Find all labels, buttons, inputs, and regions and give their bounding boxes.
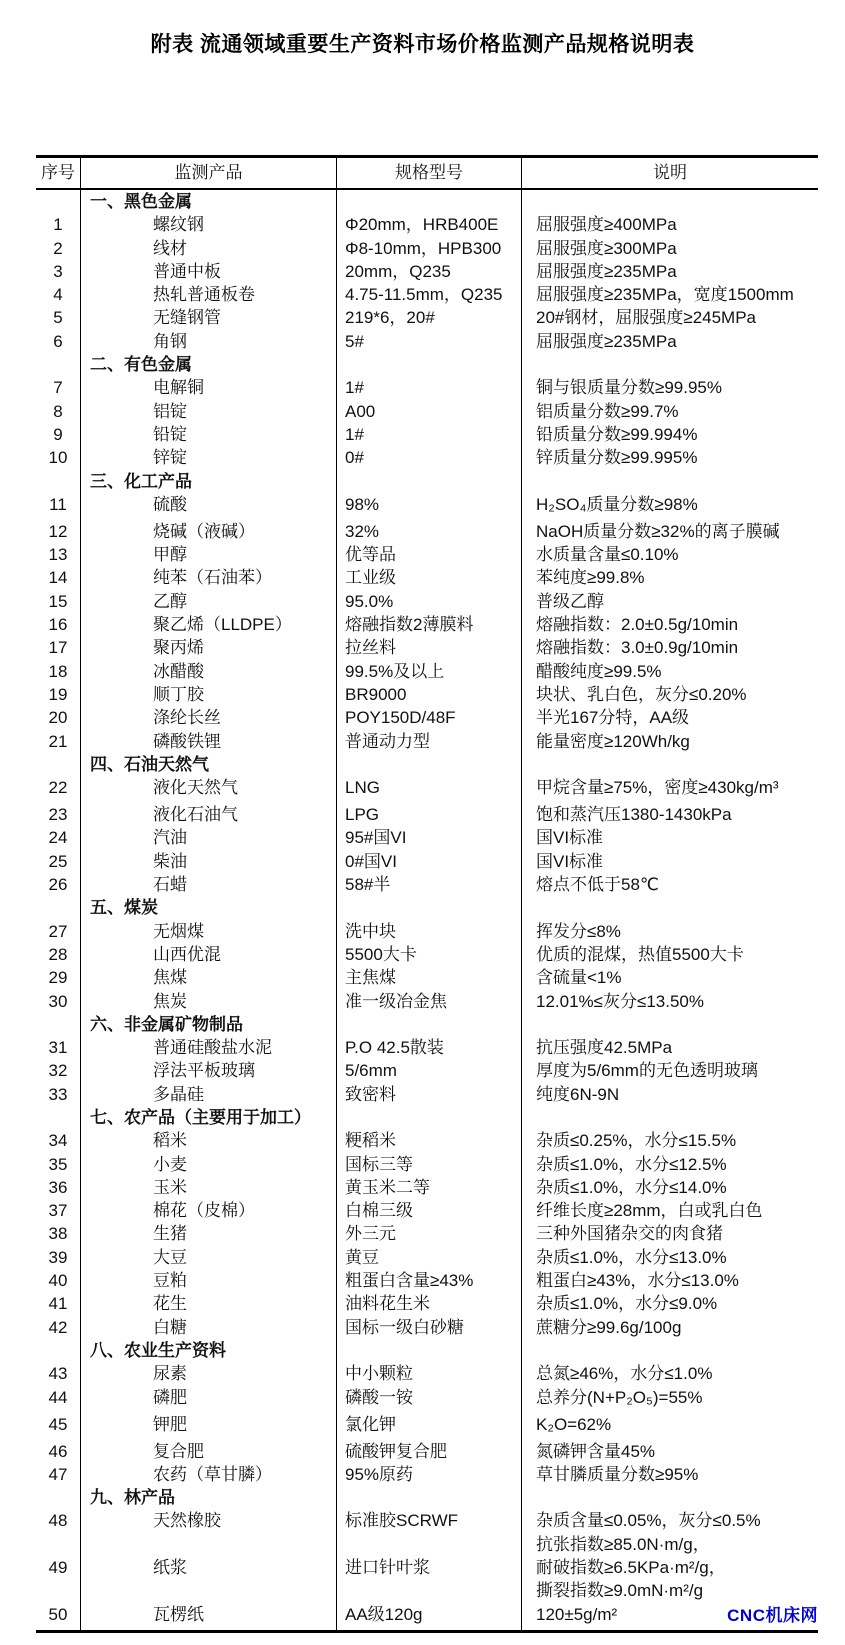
table-row: 21 磷酸铁锂 普通动力型 能量密度≥120Wh/kg <box>36 730 818 753</box>
row-product: 纯苯（石油苯） <box>81 566 337 589</box>
row-product: 聚乙烯（LLDPE） <box>81 613 337 636</box>
section-row: 三、化工产品 <box>36 470 818 493</box>
row-desc: 总养分(N+P₂O₅)=55% <box>522 1386 818 1413</box>
row-desc: 屈服强度≥400MPa <box>522 213 818 236</box>
row-desc: 优质的混煤，热值5500大卡 <box>522 943 818 966</box>
row-desc: 抗压强度42.5MPa <box>522 1036 818 1059</box>
row-number: 22 <box>36 776 81 803</box>
row-number: 34 <box>36 1129 81 1152</box>
row-desc: NaOH质量分数≥32%的离子膜碱 <box>522 520 818 543</box>
row-desc <box>522 190 818 213</box>
row-product: 白糖 <box>81 1316 337 1339</box>
row-spec: 5500大卡 <box>337 943 522 966</box>
table-row: 22 液化天然气 LNG 甲烷含量≥75%，密度≥430kg/m³ <box>36 776 818 803</box>
row-desc: 锌质量分数≥99.995% <box>522 446 818 469</box>
row-product: 无烟煤 <box>81 920 337 943</box>
row-desc <box>522 896 818 919</box>
section-row: 六、非金属矿物制品 <box>36 1013 818 1036</box>
row-product: 螺纹钢 <box>81 213 337 236</box>
row-desc: 屈服强度≥235MPa <box>522 330 818 353</box>
row-number <box>36 353 81 376</box>
section-row: 七、农产品（主要用于加工） <box>36 1106 818 1129</box>
row-number: 50 <box>36 1603 81 1630</box>
row-desc: 块状、乳白色，灰分≤0.20% <box>522 683 818 706</box>
row-product: 角钢 <box>81 330 337 353</box>
row-number: 44 <box>36 1386 81 1413</box>
table-row: 41 花生 油料花生米 杂质≤1.0%，水分≤9.0% <box>36 1292 818 1315</box>
row-number: 23 <box>36 803 81 826</box>
row-spec: 普通动力型 <box>337 730 522 753</box>
row-product: 硫酸 <box>81 493 337 520</box>
table-row: 15 乙醇 95.0% 普级乙醇 <box>36 590 818 613</box>
row-spec: 95#国VI <box>337 826 522 849</box>
row-desc: 铝质量分数≥99.7% <box>522 400 818 423</box>
row-number: 5 <box>36 306 81 329</box>
watermark: CNC机床网 <box>727 1601 818 1626</box>
row-desc: 苯纯度≥99.8% <box>522 566 818 589</box>
section-row: 二、有色金属 <box>36 353 818 376</box>
row-product: 纸浆 <box>81 1556 337 1603</box>
row-number: 35 <box>36 1153 81 1176</box>
row-product: 普通硅酸盐水泥 <box>81 1036 337 1059</box>
row-product: 普通中板 <box>81 260 337 283</box>
row-desc: 屈服强度≥235MPa <box>522 260 818 283</box>
row-desc: 水质量含量≤0.10% <box>522 543 818 566</box>
row-spec: 1# <box>337 376 522 399</box>
table-row: 34 稻米 粳稻米 杂质≤0.25%，水分≤15.5% <box>36 1129 818 1152</box>
row-desc: 醋酸纯度≥99.5% <box>522 660 818 683</box>
row-number: 15 <box>36 590 81 613</box>
row-desc: 耐破指数≥6.5KPa·m²/g， 撕裂指数≥9.0mN·m²/g <box>522 1556 818 1603</box>
row-desc: 饱和蒸汽压1380-1430kPa <box>522 803 818 826</box>
row-number: 33 <box>36 1083 81 1106</box>
row-number: 17 <box>36 636 81 659</box>
table-row: 36 玉米 黄玉米二等 杂质≤1.0%，水分≤14.0% <box>36 1176 818 1199</box>
table-row: 1 螺纹钢 Φ20mm，HRB400E 屈服强度≥400MPa <box>36 213 818 236</box>
row-spec: LNG <box>337 776 522 803</box>
row-number: 39 <box>36 1246 81 1269</box>
row-number: 1 <box>36 213 81 236</box>
row-spec: 0# <box>337 446 522 469</box>
row-spec: 中小颗粒 <box>337 1362 522 1385</box>
row-number: 24 <box>36 826 81 849</box>
row-spec: 主焦煤 <box>337 966 522 989</box>
row-product: 四、石油天然气 <box>81 753 337 776</box>
col-header-no: 序号 <box>36 158 81 188</box>
row-desc <box>522 1339 818 1362</box>
row-number: 16 <box>36 613 81 636</box>
table-row: 2 线材 Φ8-10mm，HPB300 屈服强度≥300MPa <box>36 237 818 260</box>
row-spec <box>337 1106 522 1129</box>
row-spec: 拉丝料 <box>337 636 522 659</box>
row-desc: 杂质≤1.0%，水分≤13.0% <box>522 1246 818 1269</box>
table-header-row: 序号 监测产品 规格型号 说明 <box>36 158 818 190</box>
row-number: 19 <box>36 683 81 706</box>
row-spec: 国标三等 <box>337 1153 522 1176</box>
row-number: 49 <box>36 1556 81 1603</box>
row-number: 45 <box>36 1413 81 1440</box>
table-row: 13 甲醇 优等品 水质量含量≤0.10% <box>36 543 818 566</box>
row-product: 生猪 <box>81 1222 337 1245</box>
table-row: 17 聚丙烯 拉丝料 熔融指数：3.0±0.9g/10min <box>36 636 818 659</box>
row-number: 26 <box>36 873 81 896</box>
row-desc <box>522 1013 818 1036</box>
row-number <box>36 1486 81 1509</box>
table-row: 23 液化石油气 LPG 饱和蒸汽压1380-1430kPa <box>36 803 818 826</box>
row-product: 八、农业生产资料 <box>81 1339 337 1362</box>
row-spec: 1# <box>337 423 522 446</box>
row-spec: 氯化钾 <box>337 1413 522 1440</box>
row-desc: 屈服强度≥300MPa <box>522 237 818 260</box>
document-page: 附表 流通领域重要生产资料市场价格监测产品规格说明表 序号 监测产品 规格型号 … <box>0 0 845 1645</box>
row-product: 多晶硅 <box>81 1083 337 1106</box>
row-desc <box>522 1486 818 1509</box>
table-row: 20 涤纶长丝 POY150D/48F 半光167分特，AA级 <box>36 706 818 729</box>
row-spec: P.O 42.5散装 <box>337 1036 522 1059</box>
row-number <box>36 896 81 919</box>
table-row: 30 焦炭 准一级冶金焦 12.01%≤灰分≤13.50% <box>36 990 818 1013</box>
table-row: 9 铅锭 1# 铅质量分数≥99.994% <box>36 423 818 446</box>
row-desc: 纤维长度≥28mm，白或乳白色 <box>522 1199 818 1222</box>
row-number: 46 <box>36 1440 81 1463</box>
table-body: 一、黑色金属 1 螺纹钢 Φ20mm，HRB400E 屈服强度≥400MPa 2… <box>36 190 818 1630</box>
row-spec: A00 <box>337 400 522 423</box>
row-product: 焦炭 <box>81 990 337 1013</box>
table-row: 47 农药（草甘膦） 95%原药 草甘膦质量分数≥95% <box>36 1463 818 1486</box>
row-spec: 4.75-11.5mm，Q235 <box>337 283 522 306</box>
row-spec: Φ20mm，HRB400E <box>337 213 522 236</box>
row-number: 10 <box>36 446 81 469</box>
row-spec <box>337 353 522 376</box>
row-number: 40 <box>36 1269 81 1292</box>
row-product: 无缝钢管 <box>81 306 337 329</box>
col-header-product: 监测产品 <box>81 158 337 188</box>
row-number: 14 <box>36 566 81 589</box>
row-product: 天然橡胶 <box>81 1509 337 1556</box>
row-product: 电解铜 <box>81 376 337 399</box>
row-number: 43 <box>36 1362 81 1385</box>
row-desc: 甲烷含量≥75%，密度≥430kg/m³ <box>522 776 818 803</box>
row-spec: 5# <box>337 330 522 353</box>
table-row: 5 无缝钢管 219*6，20# 20#钢材，屈服强度≥245MPa <box>36 306 818 329</box>
row-number <box>36 753 81 776</box>
row-number: 36 <box>36 1176 81 1199</box>
row-number: 21 <box>36 730 81 753</box>
row-desc: 杂质≤1.0%，水分≤12.5% <box>522 1153 818 1176</box>
row-product: 瓦楞纸 <box>81 1603 337 1630</box>
row-number: 8 <box>36 400 81 423</box>
table-row: 39 大豆 黄豆 杂质≤1.0%，水分≤13.0% <box>36 1246 818 1269</box>
row-number <box>36 1339 81 1362</box>
row-spec: 95%原药 <box>337 1463 522 1486</box>
row-number: 30 <box>36 990 81 1013</box>
table-row: 45 钾肥 氯化钾 K₂O=62% <box>36 1413 818 1440</box>
row-product: 涤纶长丝 <box>81 706 337 729</box>
table-row: 24 汽油 95#国VI 国VI标准 <box>36 826 818 849</box>
table-row: 49 纸浆 进口针叶浆 耐破指数≥6.5KPa·m²/g， 撕裂指数≥9.0mN… <box>36 1556 818 1603</box>
row-number: 11 <box>36 493 81 520</box>
row-number: 6 <box>36 330 81 353</box>
row-number: 42 <box>36 1316 81 1339</box>
table-row: 42 白糖 国标一级白砂糖 蔗糖分≥99.6g/100g <box>36 1316 818 1339</box>
col-header-desc: 说明 <box>522 158 818 188</box>
row-desc: 草甘膦质量分数≥95% <box>522 1463 818 1486</box>
table-row: 7 电解铜 1# 铜与银质量分数≥99.95% <box>36 376 818 399</box>
row-spec: 工业级 <box>337 566 522 589</box>
table-row: 26 石蜡 58#半 熔点不低于58℃ <box>36 873 818 896</box>
row-spec: 20mm，Q235 <box>337 260 522 283</box>
row-spec: 黄玉米二等 <box>337 1176 522 1199</box>
table-row: 35 小麦 国标三等 杂质≤1.0%，水分≤12.5% <box>36 1153 818 1176</box>
row-product: 冰醋酸 <box>81 660 337 683</box>
row-number: 28 <box>36 943 81 966</box>
row-product: 烧碱（液碱） <box>81 520 337 543</box>
row-spec <box>337 470 522 493</box>
row-product: 花生 <box>81 1292 337 1315</box>
row-number: 12 <box>36 520 81 543</box>
row-spec <box>337 1486 522 1509</box>
row-spec: 白棉三级 <box>337 1199 522 1222</box>
table-row: 4 热轧普通板卷 4.75-11.5mm，Q235 屈服强度≥235MPa，宽度… <box>36 283 818 306</box>
table-row: 28 山西优混 5500大卡 优质的混煤，热值5500大卡 <box>36 943 818 966</box>
row-number: 31 <box>36 1036 81 1059</box>
row-spec: AA级120g <box>337 1603 522 1630</box>
table-row: 48 天然橡胶 标准胶SCRWF 杂质含量≤0.05%，灰分≤0.5% 抗张指数… <box>36 1509 818 1556</box>
row-spec: LPG <box>337 803 522 826</box>
row-desc: 能量密度≥120Wh/kg <box>522 730 818 753</box>
row-product: 铅锭 <box>81 423 337 446</box>
section-row: 四、石油天然气 <box>36 753 818 776</box>
row-spec: Φ8-10mm，HPB300 <box>337 237 522 260</box>
row-number: 7 <box>36 376 81 399</box>
row-product: 五、煤炭 <box>81 896 337 919</box>
row-desc: 杂质≤0.25%，水分≤15.5% <box>522 1129 818 1152</box>
row-spec: 致密料 <box>337 1083 522 1106</box>
row-product: 钾肥 <box>81 1413 337 1440</box>
row-desc: 含硫量<1% <box>522 966 818 989</box>
table-row: 31 普通硅酸盐水泥 P.O 42.5散装 抗压强度42.5MPa <box>36 1036 818 1059</box>
row-product: 锌锭 <box>81 446 337 469</box>
row-spec: 进口针叶浆 <box>337 1556 522 1603</box>
section-row: 五、煤炭 <box>36 896 818 919</box>
row-product: 铝锭 <box>81 400 337 423</box>
table-row: 10 锌锭 0# 锌质量分数≥99.995% <box>36 446 818 469</box>
table-row: 16 聚乙烯（LLDPE） 熔融指数2薄膜料 熔融指数：2.0±0.5g/10m… <box>36 613 818 636</box>
row-desc: K₂O=62% <box>522 1413 818 1440</box>
row-spec: 5/6mm <box>337 1059 522 1082</box>
row-desc: 氮磷钾含量45% <box>522 1440 818 1463</box>
row-spec <box>337 1339 522 1362</box>
table-row: 8 铝锭 A00 铝质量分数≥99.7% <box>36 400 818 423</box>
row-product: 石蜡 <box>81 873 337 896</box>
row-product: 小麦 <box>81 1153 337 1176</box>
row-number: 41 <box>36 1292 81 1315</box>
row-desc: 三种外国猪杂交的肉食猪 <box>522 1222 818 1245</box>
row-product: 山西优混 <box>81 943 337 966</box>
row-product: 浮法平板玻璃 <box>81 1059 337 1082</box>
row-product: 顺丁胶 <box>81 683 337 706</box>
row-desc: 熔点不低于58℃ <box>522 873 818 896</box>
row-product: 六、非金属矿物制品 <box>81 1013 337 1036</box>
row-desc <box>522 1106 818 1129</box>
table-row: 44 磷肥 磷酸一铵 总养分(N+P₂O₅)=55% <box>36 1386 818 1413</box>
row-desc: 熔融指数：2.0±0.5g/10min <box>522 613 818 636</box>
table-row: 29 焦煤 主焦煤 含硫量<1% <box>36 966 818 989</box>
table-row: 40 豆粕 粗蛋白含量≥43% 粗蛋白≥43%，水分≤13.0% <box>36 1269 818 1292</box>
row-spec: 熔融指数2薄膜料 <box>337 613 522 636</box>
row-product: 玉米 <box>81 1176 337 1199</box>
row-spec: BR9000 <box>337 683 522 706</box>
spec-table: 序号 监测产品 规格型号 说明 一、黑色金属 1 螺纹钢 Φ20mm，HRB40… <box>36 155 818 1633</box>
row-product: 一、黑色金属 <box>81 190 337 213</box>
table-row: 37 棉花（皮棉） 白棉三级 纤维长度≥28mm，白或乳白色 <box>36 1199 818 1222</box>
row-product: 聚丙烯 <box>81 636 337 659</box>
row-product: 大豆 <box>81 1246 337 1269</box>
row-spec: 粳稻米 <box>337 1129 522 1152</box>
row-number: 2 <box>36 237 81 260</box>
row-number: 37 <box>36 1199 81 1222</box>
row-product: 稻米 <box>81 1129 337 1152</box>
table-row: 46 复合肥 硫酸钾复合肥 氮磷钾含量45% <box>36 1440 818 1463</box>
row-spec: 32% <box>337 520 522 543</box>
row-number <box>36 470 81 493</box>
row-product: 线材 <box>81 237 337 260</box>
row-desc: 挥发分≤8% <box>522 920 818 943</box>
table-row: 50 瓦楞纸 AA级120g 120±5g/m² <box>36 1603 818 1630</box>
table-row: 14 纯苯（石油苯） 工业级 苯纯度≥99.8% <box>36 566 818 589</box>
row-spec: 磷酸一铵 <box>337 1386 522 1413</box>
section-row: 一、黑色金属 <box>36 190 818 213</box>
row-spec <box>337 1013 522 1036</box>
row-number: 48 <box>36 1509 81 1556</box>
row-product: 豆粕 <box>81 1269 337 1292</box>
col-header-spec: 规格型号 <box>337 158 522 188</box>
row-product: 七、农产品（主要用于加工） <box>81 1106 337 1129</box>
row-desc: 12.01%≤灰分≤13.50% <box>522 990 818 1013</box>
row-product: 液化石油气 <box>81 803 337 826</box>
row-product: 棉花（皮棉） <box>81 1199 337 1222</box>
row-desc: 屈服强度≥235MPa，宽度1500mm <box>522 283 818 306</box>
row-spec: 58#半 <box>337 873 522 896</box>
row-desc: 国VI标准 <box>522 826 818 849</box>
row-spec: 油料花生米 <box>337 1292 522 1315</box>
row-desc: 粗蛋白≥43%，水分≤13.0% <box>522 1269 818 1292</box>
row-desc: 杂质≤1.0%，水分≤14.0% <box>522 1176 818 1199</box>
row-spec: 99.5%及以上 <box>337 660 522 683</box>
row-number <box>36 1106 81 1129</box>
row-number: 13 <box>36 543 81 566</box>
row-desc: 20#钢材，屈服强度≥245MPa <box>522 306 818 329</box>
row-product: 尿素 <box>81 1362 337 1385</box>
row-desc: 厚度为5/6mm的无色透明玻璃 <box>522 1059 818 1082</box>
row-spec: 硫酸钾复合肥 <box>337 1440 522 1463</box>
table-row: 12 烧碱（液碱） 32% NaOH质量分数≥32%的离子膜碱 <box>36 520 818 543</box>
row-number: 4 <box>36 283 81 306</box>
row-desc: 普级乙醇 <box>522 590 818 613</box>
row-number <box>36 190 81 213</box>
row-desc <box>522 470 818 493</box>
row-spec <box>337 190 522 213</box>
row-product: 磷酸铁锂 <box>81 730 337 753</box>
row-product: 汽油 <box>81 826 337 849</box>
row-spec: POY150D/48F <box>337 706 522 729</box>
row-spec: 98% <box>337 493 522 520</box>
row-product: 热轧普通板卷 <box>81 283 337 306</box>
row-product: 乙醇 <box>81 590 337 613</box>
row-number: 20 <box>36 706 81 729</box>
row-desc <box>522 353 818 376</box>
row-product: 农药（草甘膦） <box>81 1463 337 1486</box>
row-product: 柴油 <box>81 850 337 873</box>
section-row: 九、林产品 <box>36 1486 818 1509</box>
table-row: 11 硫酸 98% H₂SO₄质量分数≥98% <box>36 493 818 520</box>
row-spec: 洗中块 <box>337 920 522 943</box>
table-row: 32 浮法平板玻璃 5/6mm 厚度为5/6mm的无色透明玻璃 <box>36 1059 818 1082</box>
row-spec: 219*6，20# <box>337 306 522 329</box>
row-spec: 标准胶SCRWF <box>337 1509 522 1556</box>
row-spec: 外三元 <box>337 1222 522 1245</box>
table-row: 27 无烟煤 洗中块 挥发分≤8% <box>36 920 818 943</box>
row-number: 38 <box>36 1222 81 1245</box>
row-spec <box>337 896 522 919</box>
section-row: 八、农业生产资料 <box>36 1339 818 1362</box>
row-desc: 铜与银质量分数≥99.95% <box>522 376 818 399</box>
row-spec: 准一级冶金焦 <box>337 990 522 1013</box>
table-row: 3 普通中板 20mm，Q235 屈服强度≥235MPa <box>36 260 818 283</box>
row-desc: 蔗糖分≥99.6g/100g <box>522 1316 818 1339</box>
row-number: 32 <box>36 1059 81 1082</box>
table-row: 18 冰醋酸 99.5%及以上 醋酸纯度≥99.5% <box>36 660 818 683</box>
row-number: 3 <box>36 260 81 283</box>
row-product: 复合肥 <box>81 1440 337 1463</box>
table-row: 6 角钢 5# 屈服强度≥235MPa <box>36 330 818 353</box>
row-number: 29 <box>36 966 81 989</box>
row-desc: 铅质量分数≥99.994% <box>522 423 818 446</box>
row-desc: 总氮≥46%，水分≤1.0% <box>522 1362 818 1385</box>
table-row: 33 多晶硅 致密料 纯度6N-9N <box>36 1083 818 1106</box>
row-number: 18 <box>36 660 81 683</box>
row-number: 27 <box>36 920 81 943</box>
row-spec: 优等品 <box>337 543 522 566</box>
row-product: 二、有色金属 <box>81 353 337 376</box>
row-product: 九、林产品 <box>81 1486 337 1509</box>
row-number <box>36 1013 81 1036</box>
row-product: 焦煤 <box>81 966 337 989</box>
row-desc: H₂SO₄质量分数≥98% <box>522 493 818 520</box>
row-spec <box>337 753 522 776</box>
page-title: 附表 流通领域重要生产资料市场价格监测产品规格说明表 <box>0 28 845 58</box>
row-product: 磷肥 <box>81 1386 337 1413</box>
row-desc: 杂质≤1.0%，水分≤9.0% <box>522 1292 818 1315</box>
table-row: 43 尿素 中小颗粒 总氮≥46%，水分≤1.0% <box>36 1362 818 1385</box>
row-number: 9 <box>36 423 81 446</box>
row-spec: 95.0% <box>337 590 522 613</box>
row-product: 三、化工产品 <box>81 470 337 493</box>
table-row: 38 生猪 外三元 三种外国猪杂交的肉食猪 <box>36 1222 818 1245</box>
row-spec: 粗蛋白含量≥43% <box>337 1269 522 1292</box>
row-number: 47 <box>36 1463 81 1486</box>
row-spec: 黄豆 <box>337 1246 522 1269</box>
table-row: 25 柴油 0#国VI 国VI标准 <box>36 850 818 873</box>
row-number: 25 <box>36 850 81 873</box>
row-spec: 0#国VI <box>337 850 522 873</box>
row-desc <box>522 753 818 776</box>
row-product: 甲醇 <box>81 543 337 566</box>
row-desc: 国VI标准 <box>522 850 818 873</box>
row-desc: 杂质含量≤0.05%，灰分≤0.5% 抗张指数≥85.0N·m/g， <box>522 1509 818 1556</box>
table-row: 19 顺丁胶 BR9000 块状、乳白色，灰分≤0.20% <box>36 683 818 706</box>
row-desc: 熔融指数：3.0±0.9g/10min <box>522 636 818 659</box>
